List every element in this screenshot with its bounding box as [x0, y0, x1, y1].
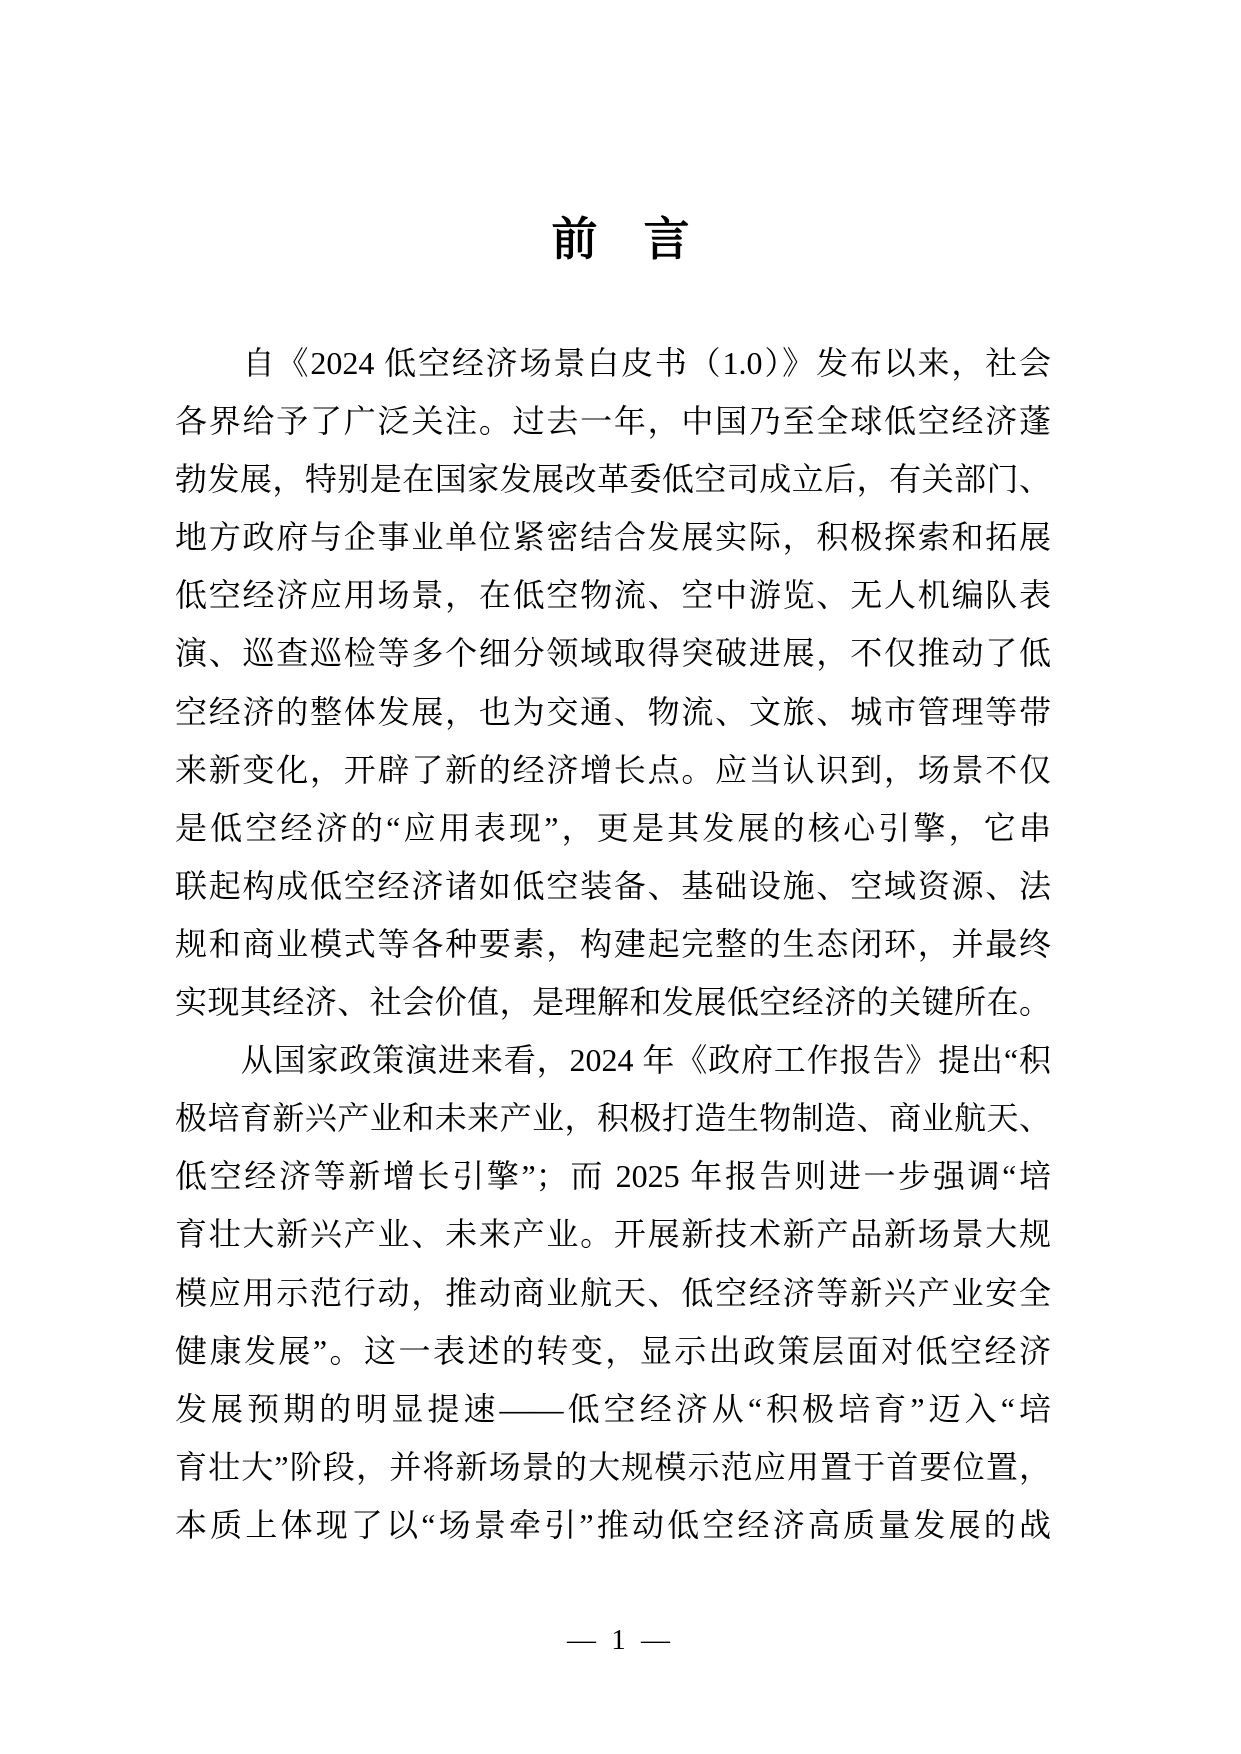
document-page: 前 言 自《2024 低空经济场景白皮书（1.0）》发布以来，社会 各界给予了广…: [0, 0, 1241, 1754]
body-line: 极培育新兴产业和未来产业，积极打造生物制造、商业航天、: [175, 1089, 1051, 1147]
body-text: 自《2024 低空经济场景白皮书（1.0）》发布以来，社会 各界给予了广泛关注。…: [175, 334, 1051, 1554]
body-line: 模应用示范行动，推动商业航天、低空经济等新兴产业安全: [175, 1264, 1051, 1322]
body-line: 来新变化，开辟了新的经济增长点。应当认识到，场景不仅: [175, 741, 1051, 799]
page-number: — 1 —: [0, 1620, 1241, 1660]
body-line: 演、巡查巡检等多个细分领域取得突破进展，不仅推动了低: [175, 624, 1051, 682]
body-line: 发展预期的明显提速——低空经济从“积极培育”迈入“培: [175, 1380, 1051, 1438]
body-line: 地方政府与企事业单位紧密结合发展实际，积极探索和拓展: [175, 508, 1051, 566]
body-line: 本质上体现了以“场景牵引”推动低空经济高质量发展的战: [175, 1496, 1051, 1554]
page-title: 前 言: [0, 214, 1241, 264]
body-line: 各界给予了广泛关注。过去一年，中国乃至全球低空经济蓬: [175, 392, 1051, 450]
body-line: 联起构成低空经济诸如低空装备、基础设施、空域资源、法: [175, 857, 1051, 915]
body-line: 实现其经济、社会价值，是理解和发展低空经济的关键所在。: [175, 973, 1051, 1031]
body-line: 自《2024 低空经济场景白皮书（1.0）》发布以来，社会: [175, 334, 1051, 392]
body-line: 勃发展，特别是在国家发展改革委低空司成立后，有关部门、: [175, 450, 1051, 508]
body-line: 规和商业模式等各种要素，构建起完整的生态闭环，并最终: [175, 915, 1051, 973]
body-line: 育壮大新兴产业、未来产业。开展新技术新产品新场景大规: [175, 1205, 1051, 1263]
body-line: 育壮大”阶段，并将新场景的大规模示范应用置于首要位置，: [175, 1438, 1051, 1496]
body-line: 低空经济等新增长引擎”；而 2025 年报告则进一步强调“培: [175, 1147, 1051, 1205]
body-line: 从国家政策演进来看，2024 年《政府工作报告》提出“积: [175, 1031, 1051, 1089]
body-line: 低空经济应用场景，在低空物流、空中游览、无人机编队表: [175, 566, 1051, 624]
body-line: 健康发展”。这一表述的转变，显示出政策层面对低空经济: [175, 1322, 1051, 1380]
body-line: 是低空经济的“应用表现”，更是其发展的核心引擎，它串: [175, 799, 1051, 857]
body-line: 空经济的整体发展，也为交通、物流、文旅、城市管理等带: [175, 683, 1051, 741]
